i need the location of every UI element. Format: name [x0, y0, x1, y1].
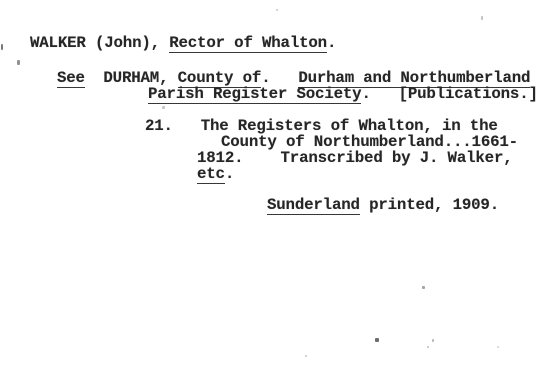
scan-speck	[432, 339, 434, 342]
publications-label: [Publications.]	[399, 85, 538, 103]
etc-underlined: etc	[197, 165, 225, 184]
imprint-line: Sunderland printed, 1909.	[267, 197, 499, 213]
scan-speck	[427, 346, 429, 348]
imprint-rest: printed, 1909.	[360, 196, 499, 214]
etc-period: .	[225, 165, 234, 183]
scan-speck	[276, 9, 278, 11]
heading-title-underlined: Rector of Whalton	[169, 34, 327, 53]
entry-line-3: 1812. Transcribed by J. Walker,	[197, 150, 513, 166]
heading-name: WALKER (John),	[30, 34, 169, 52]
see-label: See	[57, 69, 85, 88]
scan-speck	[305, 355, 307, 357]
heading-line: WALKER (John), Rector of Whalton.	[30, 35, 336, 51]
scan-speck	[422, 286, 425, 289]
scanned-catalog-card: WALKER (John), Rector of Whalton. See DU…	[0, 0, 550, 374]
scan-speck	[1, 44, 3, 50]
imprint-place-underlined: Sunderland	[267, 196, 360, 215]
entry-line-4: etc.	[197, 166, 234, 182]
see-reference-line: See DURHAM, County of. Durham and Northu…	[57, 70, 530, 86]
heading-period: .	[327, 34, 336, 52]
entry-number: 21.	[145, 117, 173, 135]
society-line: Parish Register Society. [Publications.]	[148, 86, 538, 102]
society-separator: .	[361, 85, 398, 103]
entry-line-1: 21. The Registers of Whalton, in the	[145, 118, 498, 134]
scan-speck	[375, 338, 379, 342]
entry-number-gap	[173, 117, 201, 135]
scan-speck	[162, 106, 165, 109]
scan-speck	[17, 60, 20, 65]
see-gap	[85, 69, 104, 87]
society-name-part2-underlined: Parish Register Society	[148, 85, 361, 104]
scan-speck	[481, 16, 483, 20]
entry-title-line3: 1812. Transcribed by J. Walker,	[197, 149, 513, 167]
scan-speck	[497, 346, 499, 348]
entry-line-2: County of Northumberland...1661-	[221, 134, 518, 150]
